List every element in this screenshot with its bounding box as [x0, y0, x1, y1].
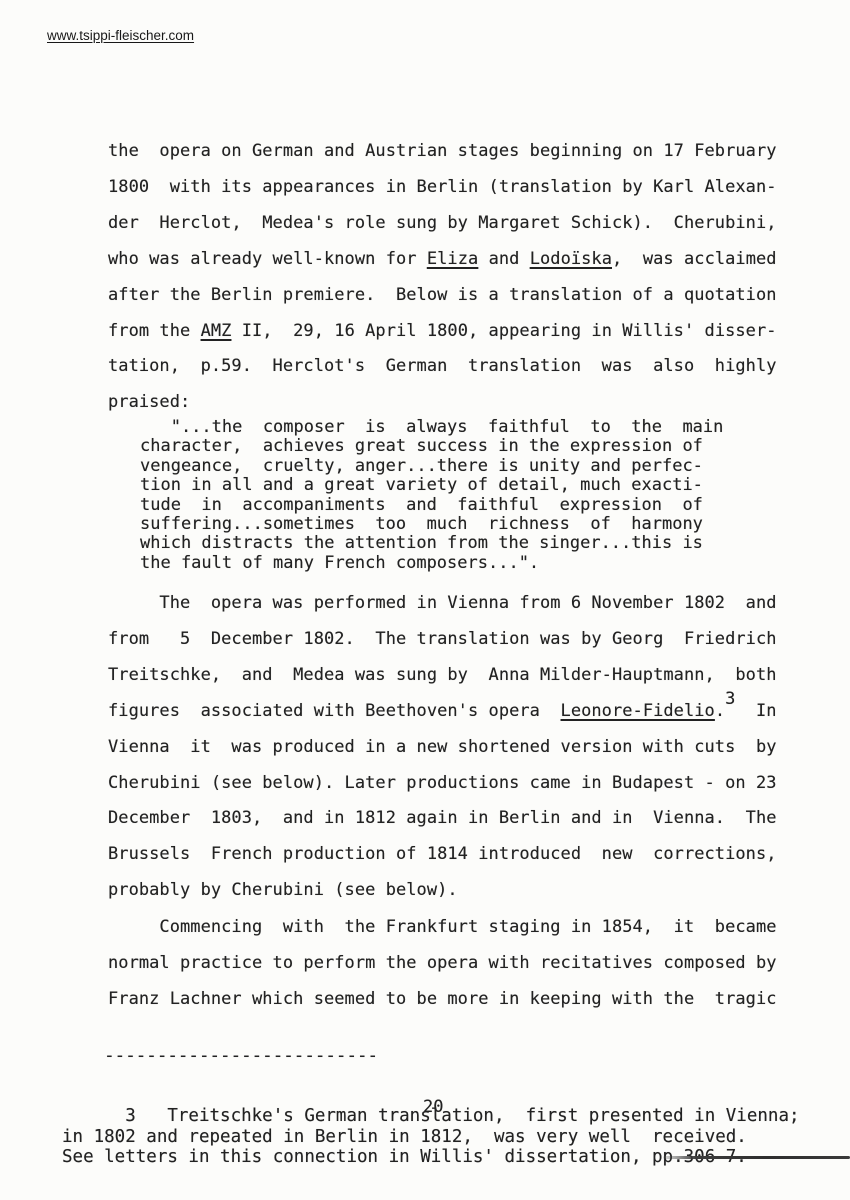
text-line: Commencing with the Frankfurt staging in…: [108, 910, 777, 946]
text-line: 1800 with its appearances in Berlin (tra…: [108, 170, 777, 206]
text-segment: December 1803, and in 1812 again in Berl…: [108, 808, 777, 828]
text-segment: character, achieves great success in the…: [140, 436, 703, 456]
text-line: probably by Cherubini (see below).: [108, 873, 777, 909]
text-line: Treitschke, and Medea was sung by Anna M…: [108, 658, 777, 694]
scanned-document-page: www.tsippi-fleischer.com the opera on Ge…: [0, 0, 850, 1200]
text-line: der Herclot, Medea's role sung by Margar…: [108, 206, 777, 242]
text-line: The opera was performed in Vienna from 6…: [108, 586, 777, 622]
page-number: 20: [423, 1097, 443, 1117]
text-segment: from 5 December 1802. The translation wa…: [108, 629, 777, 649]
underlined-title: Leonore-Fidelio: [561, 701, 715, 721]
text-segment: .: [715, 701, 725, 721]
text-segment: which distracts the attention from the s…: [140, 533, 703, 553]
text-segment: 1800 with its appearances in Berlin (tra…: [108, 177, 777, 197]
footnote-separator: --------------------------: [62, 1046, 800, 1066]
text-segment: tation, p.59. Herclot's German translati…: [108, 356, 777, 376]
paragraph-vienna-productions: The opera was performed in Vienna from 6…: [108, 586, 777, 909]
text-line: praised:: [108, 385, 777, 421]
text-segment: II, 29, 16 April 1800, appearing in Will…: [231, 321, 776, 341]
text-segment: who was already well-known for: [108, 249, 427, 269]
text-line: from 5 December 1802. The translation wa…: [108, 622, 777, 658]
text-line: after the Berlin premiere. Below is a tr…: [108, 278, 777, 314]
text-line: the fault of many French composers...".: [140, 554, 723, 573]
text-line: in 1802 and repeated in Berlin in 1812, …: [62, 1127, 800, 1147]
text-line: suffering...sometimes too much richness …: [140, 515, 723, 534]
text-segment: the opera on German and Austrian stages …: [108, 141, 777, 161]
footnote-reference: 3: [725, 689, 735, 709]
text-segment: in 1802 and repeated in Berlin in 1812, …: [62, 1127, 747, 1147]
watermark-link[interactable]: www.tsippi-fleischer.com: [47, 28, 194, 43]
text-segment: , was acclaimed: [612, 249, 777, 269]
text-line: normal practice to perform the opera wit…: [108, 946, 777, 982]
text-line: Brussels French production of 1814 intro…: [108, 837, 777, 873]
block-quote: "...the composer is always faithful to t…: [140, 418, 723, 573]
text-line: figures associated with Beethoven's oper…: [108, 694, 777, 730]
text-line: character, achieves great success in the…: [140, 437, 723, 456]
text-line: who was already well-known for Eliza and…: [108, 242, 777, 278]
text-segment: The opera was performed in Vienna from 6…: [108, 593, 777, 613]
text-line: tation, p.59. Herclot's German translati…: [108, 349, 777, 385]
underlined-title: AMZ: [201, 321, 232, 341]
text-line: Cherubini (see below). Later productions…: [108, 766, 777, 802]
text-line: the opera on German and Austrian stages …: [108, 134, 777, 170]
underlined-title: Eliza: [427, 249, 478, 269]
text-segment: after the Berlin premiere. Below is a tr…: [108, 285, 777, 305]
underlined-title: Lodoïska: [530, 249, 612, 269]
scan-artifact-line: [663, 1156, 850, 1159]
text-segment: normal practice to perform the opera wit…: [108, 953, 777, 973]
text-segment: Cherubini (see below). Later productions…: [108, 773, 777, 793]
text-segment: and: [478, 249, 529, 269]
text-line: which distracts the attention from the s…: [140, 534, 723, 553]
text-segment: See letters in this connection in Willis…: [62, 1147, 747, 1167]
text-line: December 1803, and in 1812 again in Berl…: [108, 801, 777, 837]
text-segment: Commencing with the Frankfurt staging in…: [108, 917, 777, 937]
text-segment: tude in accompaniments and faithful expr…: [140, 495, 703, 515]
text-segment: from the: [108, 321, 201, 341]
text-segment: der Herclot, Medea's role sung by Margar…: [108, 213, 777, 233]
text-segment: "...the composer is always faithful to t…: [140, 417, 723, 437]
text-segment: In: [735, 701, 776, 721]
paragraph-frankfurt-staging: Commencing with the Frankfurt staging in…: [108, 910, 777, 1018]
paragraph-premiere: the opera on German and Austrian stages …: [108, 134, 777, 421]
text-segment: Treitschke, and Medea was sung by Anna M…: [108, 665, 777, 685]
text-line: from the AMZ II, 29, 16 April 1800, appe…: [108, 314, 777, 350]
text-line: Vienna it was produced in a new shortene…: [108, 730, 777, 766]
text-segment: suffering...sometimes too much richness …: [140, 514, 703, 534]
text-line: vengeance, cruelty, anger...there is uni…: [140, 457, 723, 476]
text-line: "...the composer is always faithful to t…: [140, 418, 723, 437]
text-segment: tion in all and a great variety of detai…: [140, 475, 703, 495]
text-segment: the fault of many French composers...".: [140, 553, 539, 573]
text-line: tion in all and a great variety of detai…: [140, 476, 723, 495]
text-segment: Vienna it was produced in a new shortene…: [108, 737, 777, 757]
text-segment: praised:: [108, 392, 190, 412]
text-segment: probably by Cherubini (see below).: [108, 880, 458, 900]
text-line: tude in accompaniments and faithful expr…: [140, 496, 723, 515]
text-segment: Brussels French production of 1814 intro…: [108, 844, 777, 864]
text-segment: figures associated with Beethoven's oper…: [108, 701, 561, 721]
text-segment: vengeance, cruelty, anger...there is uni…: [140, 456, 703, 476]
